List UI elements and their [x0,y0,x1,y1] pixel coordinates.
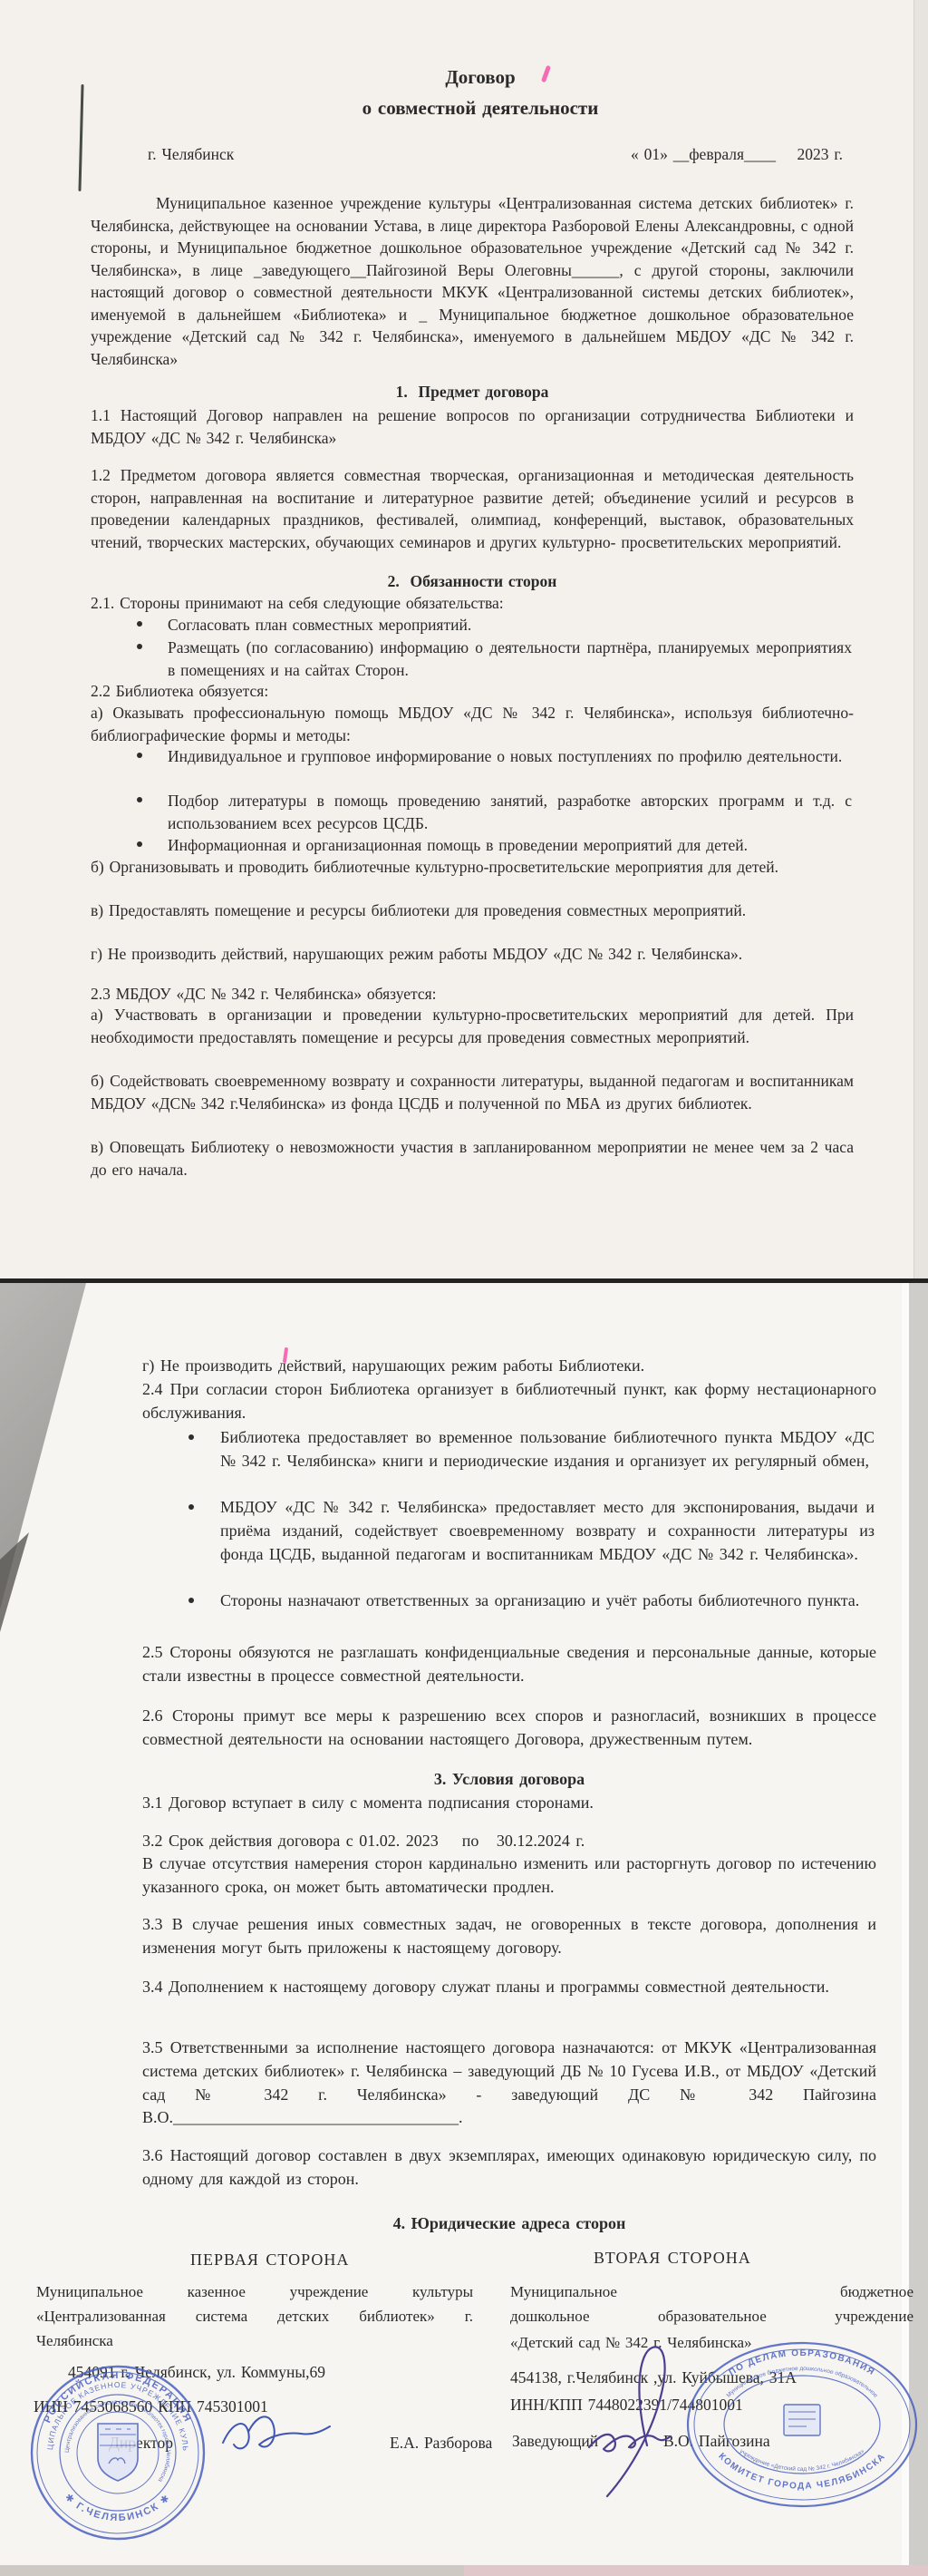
clause-2-2-g: г) Не производить действий, нарушающих р… [91,943,854,966]
clause-2-5: 2.5 Стороны обязуются не разглашать конф… [142,1641,876,1688]
clause-2-2-v: в) Предоставлять помещение и ресурсы биб… [91,899,854,922]
party2-org-line1: Муниципальное бюджетное [510,2281,913,2304]
section3-heading: 3. Условия договора [142,1768,876,1792]
clause-2-1: 2.1. Стороны принимают на себя следующие… [91,592,854,615]
bullet-item: Библиотека предоставляет во временное по… [220,1426,875,1473]
clause-3-1: 3.1 Договор вступает в силу с момента по… [142,1792,876,1815]
clause-3-4: 3.4 Дополнением к настоящему договору сл… [142,1976,876,1999]
clause-3-6: 3.6 Настоящий договор составлен в двух э… [142,2144,876,2192]
clause-3-2-term: 3.2 Срок действия договора с 01.02. 2023… [142,1830,876,1853]
bullet-item: Стороны назначают ответственных за орган… [220,1589,875,1613]
clause-1-2: 1.2 Предметом договора является совместн… [91,464,854,553]
document-title-line1: Договор [91,65,870,89]
section4-heading: 4. Юридические адреса сторон [142,2212,876,2236]
bullet-item: Подбор литературы в помощь проведению за… [168,790,852,834]
bullet-dot [137,644,142,649]
clause-2-6: 2.6 Стороны примут все меры к разрешению… [142,1705,876,1752]
zaveduyushchiy-signature [571,2335,752,2503]
clause-2-3-v: в) Оповещать Библиотеку о невозможности … [91,1136,854,1181]
document-date: « 01» __февраля____ 2023 г. [544,143,843,166]
party1-header: ПЕРВАЯ СТОРОНА [190,2249,408,2272]
bullet-dot [188,1598,194,1603]
clause-2-3-b: б) Содействовать своевременному возврату… [91,1070,854,1114]
bullet-dot [188,1434,194,1440]
party2-org-line2: дошкольное образовательное учреждение [510,2306,913,2328]
bullet-item: МБДОУ «ДС № 342 г. Челябинска» предостав… [220,1496,875,1566]
library-round-stamp: РОССИЙСКАЯ ФЕДЕРАЦИЯ ✱ Г.ЧЕЛЯБИНСК ✱ МУН… [27,2362,208,2543]
intro-paragraph: Муниципальное казенное учреждение культу… [91,192,854,370]
bullet-dot [188,1504,194,1510]
bullet-dot [137,753,142,758]
bottom-scan-band-right [464,2565,928,2576]
clause-3-5: 3.5 Ответственными за исполнение настоящ… [142,2036,876,2130]
clause-2-2: 2.2 Библиотека обязуется: [91,680,854,703]
clause-1-1: 1.1 Настоящий Договор направлен на решен… [91,404,854,449]
svg-text:учреждение «Детский сад № 342: учреждение «Детский сад № 342 г. Челябин… [739,2448,866,2473]
section1-heading: 1. Предмет договора [91,381,854,403]
scanned-contract-document: Договор о совместной деятельности г. Чел… [0,0,928,2576]
clause-3-2-renewal: В случае отсутствия намерения сторон кар… [142,1852,876,1900]
clause-2-3: 2.3 МБДОУ «ДС № 342 г. Челябинска» обязу… [91,983,854,1006]
clause-2-4: 2.4 При согласии сторон Библиотека орган… [142,1378,876,1425]
bullet-item: Индивидуальное и групповое информировани… [168,745,852,768]
bullet-dot [137,621,142,627]
clause-3-3: 3.3 В случае решения иных совместных зад… [142,1913,876,1960]
bullet-item: Согласовать план совместных мероприятий. [168,614,852,637]
section2-heading: 2. Обязанности сторон [91,570,854,593]
party2-header: ВТОРАЯ СТОРОНА [594,2247,811,2270]
bullet-dot [137,797,142,802]
clause-2-3-a: а) Участвовать в организации и проведени… [91,1004,854,1048]
stamp-center-emblem [784,2405,820,2435]
bullet-item: Информационная и организационная помощь … [168,834,852,857]
coat-of-arms-emblem [98,2424,138,2481]
bottom-scan-band-left [0,2565,464,2576]
clause-2-3-g: г) Не производить действий, нарушающих р… [142,1355,876,1378]
document-city: г. Челябинск [148,143,347,166]
bullet-item: Размещать (по согласованию) информацию о… [168,637,852,681]
document-title-line2: о совместной деятельности [91,96,870,120]
party1-org-line3: Челябинска [36,2330,473,2353]
bullet-dot [137,841,142,847]
party1-org-line1: Муниципальное казенное учреждение культу… [36,2281,473,2304]
stamp-right-inner-bottom-text: учреждение «Детский сад № 342 г. Челябин… [739,2448,866,2473]
page1-right-edge-shadow [913,0,928,1280]
director-signature [217,2405,335,2468]
party1-org-line2: «Централизованная система детских библио… [36,2306,473,2328]
clause-2-2-b: б) Организовывать и проводить библиотечн… [91,856,854,879]
clause-2-2-a: а) Оказывать профессиональную помощь МБД… [91,702,854,746]
